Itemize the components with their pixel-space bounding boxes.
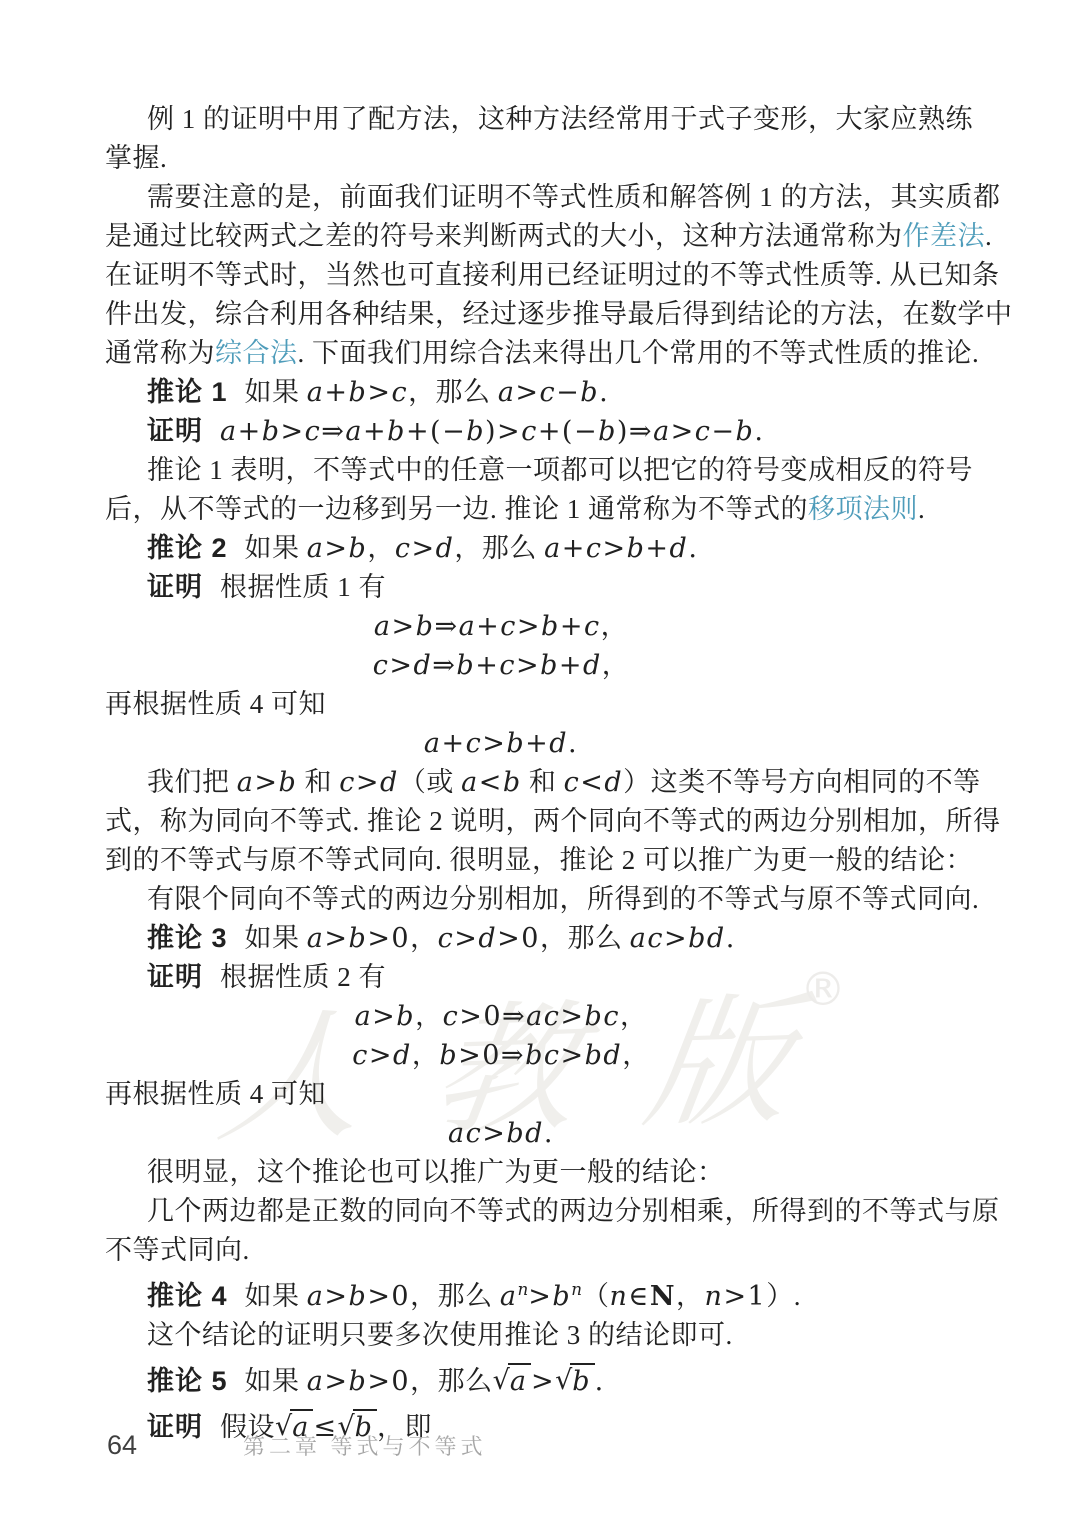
highlighted-term: 综合法: [215, 338, 298, 368]
statement-label: 证明: [147, 962, 203, 992]
statement-label: 推论 1: [147, 377, 228, 407]
textbook-page: 人教版 ® 例 1 的证明中用了配方法，这种方法经常用于式子变形，大家应熟练掌握…: [0, 0, 1080, 1526]
statement-label: 推论 5: [147, 1366, 228, 1396]
page-footer: 64 第二章 等式与不等式: [107, 1430, 487, 1461]
text-line: 推论 3如果 a>b>0，c>d>0，那么 ac>bd.: [105, 919, 897, 958]
text-line: 例 1 的证明中用了配方法，这种方法经常用于式子变形，大家应熟练: [105, 100, 897, 139]
text-line: 证明根据性质 1 有: [105, 568, 897, 607]
highlighted-term: 作差法: [903, 221, 986, 251]
page-number: 64: [107, 1430, 137, 1461]
text-line: 证明a+b>c⇒a+b+(−b)>c+(−b)⇒a>c−b.: [105, 412, 897, 451]
text-line: 证明根据性质 2 有: [105, 958, 897, 997]
formula-line: c>d⇒b+c>b+d，: [105, 646, 897, 685]
text-line: 再根据性质 4 可知: [105, 1075, 897, 1114]
text-line: 推论 2如果 a>b，c>d，那么 a+c>b+d.: [105, 529, 897, 568]
square-root-expression: √b: [555, 1366, 595, 1397]
page-body: 例 1 的证明中用了配方法，这种方法经常用于式子变形，大家应熟练掌握.需要注意的…: [105, 100, 897, 1447]
formula-line: a>b⇒a+c>b+c，: [105, 607, 897, 646]
text-line: 通常称为综合法. 下面我们用综合法来得出几个常用的不等式性质的推论.: [105, 334, 897, 373]
text-line: 到的不等式与原不等式同向. 很明显，推论 2 可以推广为更一般的结论：: [105, 841, 897, 880]
text-line: 需要注意的是，前面我们证明不等式性质和解答例 1 的方法，其实质都: [105, 178, 897, 217]
statement-label: 推论 4: [147, 1281, 228, 1311]
text-line: 件出发，综合利用各种结果，经过逐步推导最后得到结论的方法，在数学中: [105, 295, 897, 334]
text-line: 是通过比较两式之差的符号来判断两式的大小，这种方法通常称为作差法.: [105, 217, 897, 256]
formula-line: a>b，c>0⇒ac>bc，: [105, 997, 897, 1036]
text-line: 式，称为同向不等式. 推论 2 说明，两个同向不等式的两边分别相加，所得: [105, 802, 897, 841]
statement-label: 推论 2: [147, 533, 228, 563]
text-line: 掌握.: [105, 139, 897, 178]
text-line: 推论 4如果 a>b>0，那么 an>bn（n∈N，n>1）.: [105, 1270, 897, 1316]
text-line: 推论 1 表明，不等式中的任意一项都可以把它的符号变成相反的符号: [105, 451, 897, 490]
statement-label: 推论 3: [147, 923, 228, 953]
formula-line: ac>bd.: [105, 1114, 897, 1153]
statement-label: 证明: [147, 416, 203, 446]
chapter-title: 第二章 等式与不等式: [243, 1430, 487, 1461]
text-line: 在证明不等式时，当然也可直接利用已经证明过的不等式性质等. 从已知条: [105, 256, 897, 295]
formula-line: a+c>b+d.: [105, 724, 897, 763]
text-line: 我们把 a>b 和 c>d（或 a<b 和 c<d）这类不等号方向相同的不等: [105, 763, 897, 802]
text-line: 几个两边都是正数的同向不等式的两边分别相乘，所得到的不等式与原: [105, 1192, 897, 1231]
text-line: 有限个同向不等式的两边分别相加，所得到的不等式与原不等式同向.: [105, 880, 897, 919]
formula-line: c>d，b>0⇒bc>bd，: [105, 1036, 897, 1075]
text-line: 这个结论的证明只要多次使用推论 3 的结论即可.: [105, 1316, 897, 1355]
text-line: 再根据性质 4 可知: [105, 685, 897, 724]
text-line: 推论 5如果 a>b>0，那么√a>√b.: [105, 1362, 897, 1401]
highlighted-term: 移项法则: [808, 494, 918, 524]
text-line: 不等式同向.: [105, 1231, 897, 1270]
square-root-expression: √a: [493, 1366, 531, 1397]
text-line: 很明显，这个推论也可以推广为更一般的结论：: [105, 1153, 897, 1192]
statement-label: 证明: [147, 572, 203, 602]
text-line: 推论 1如果 a+b>c，那么 a>c−b.: [105, 373, 897, 412]
text-line: 后，从不等式的一边移到另一边. 推论 1 通常称为不等式的移项法则.: [105, 490, 897, 529]
